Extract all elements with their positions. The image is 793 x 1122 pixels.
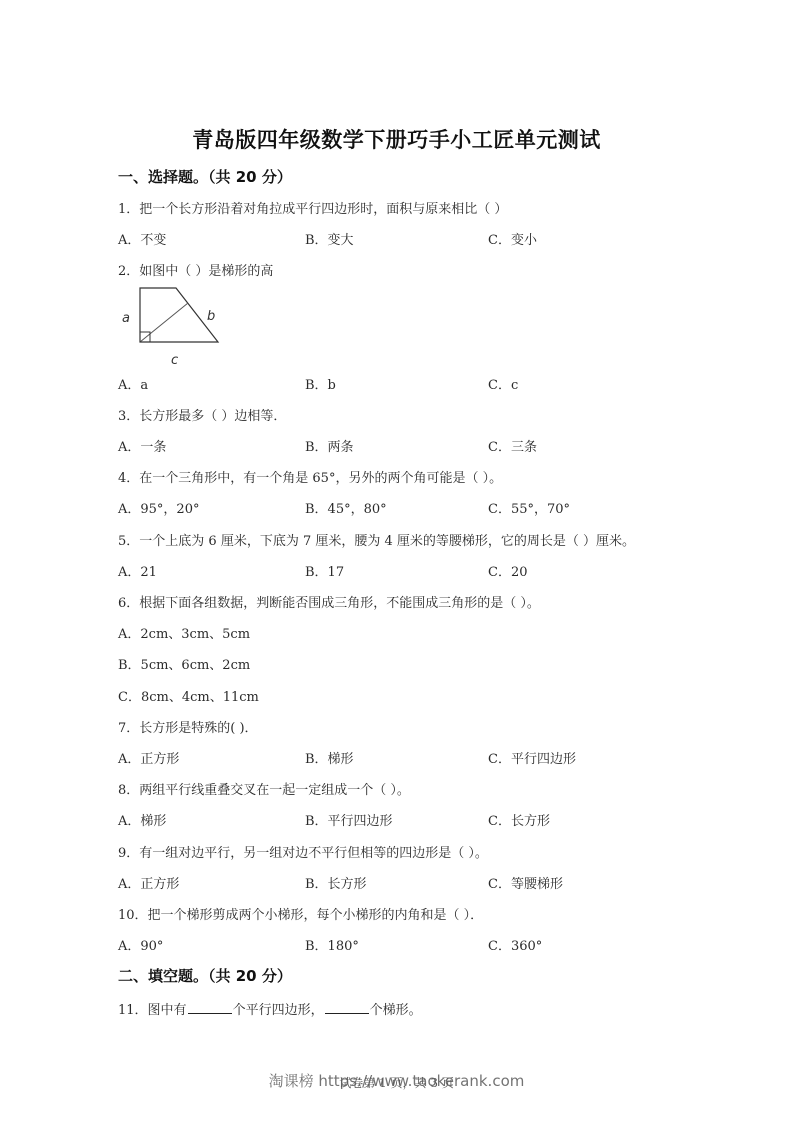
page-footer: 试卷第 1 页，共 3 页 淘课榜 https://www.taokerank.… xyxy=(0,1070,793,1094)
option-b: B．b xyxy=(305,374,336,393)
option-a: A．正方形 xyxy=(118,748,179,767)
watermark: 淘课榜 https://www.taokerank.com xyxy=(0,1070,793,1091)
option-a: A．a xyxy=(118,374,148,393)
question-text: 把一个梯形剪成两个小梯形，每个小梯形的内角和是（ ）． xyxy=(148,908,484,923)
question-text-part: 个平行四边形， xyxy=(233,1003,324,1018)
question-text: 把一个长方形沿着对角拉成平行四边形时，面积与原来相比（ ） xyxy=(139,202,507,217)
option-b: B．两条 xyxy=(305,436,354,455)
option-b: B．平行四边形 xyxy=(305,810,393,829)
option-b: B．17 xyxy=(305,561,344,580)
label-c: c xyxy=(171,353,178,368)
question-text-part: 图中有 xyxy=(148,1003,187,1018)
option-b: B．梯形 xyxy=(305,748,354,767)
option-a: A．90° xyxy=(118,935,163,954)
option-b: B．45°，80° xyxy=(305,498,387,517)
option-b: B．变大 xyxy=(305,229,354,248)
section-heading-fill-in: 二、填空题。（共 20 分） xyxy=(118,965,292,986)
option-c: C．20 xyxy=(488,561,528,580)
question-7: 7．长方形是特殊的( )． xyxy=(118,717,258,736)
question-4: 4．在一个三角形中，有一个角是 65°，另外的两个角可能是（ ）。 xyxy=(118,467,502,486)
page-title: 青岛版四年级数学下册巧手小工匠单元测试 xyxy=(0,124,793,154)
option-c: C．360° xyxy=(488,935,542,954)
question-text: 在一个三角形中，有一个角是 65°，另外的两个角可能是（ ）。 xyxy=(139,471,502,486)
question-number: 8． xyxy=(118,783,139,798)
question-text: 根据下面各组数据，判断能否围成三角形，不能围成三角形的是（ ）。 xyxy=(139,596,540,611)
option-a: A．梯形 xyxy=(118,810,166,829)
option-c: C．等腰梯形 xyxy=(488,873,563,892)
question-number: 11． xyxy=(118,1003,148,1018)
question-5: 5．一个上底为 6 厘米，下底为 7 厘米，腰为 4 厘米的等腰梯形，它的周长是… xyxy=(118,530,635,549)
question-text: 长方形是特殊的( )． xyxy=(139,721,257,736)
label-a: a xyxy=(122,311,130,326)
question-number: 1． xyxy=(118,202,139,217)
question-number: 4． xyxy=(118,471,139,486)
question-text: 长方形最多（ ）边相等． xyxy=(139,409,286,424)
question-text: 如图中（ ）是梯形的高 xyxy=(139,264,273,279)
answer-blank xyxy=(188,1001,232,1014)
option-a: A．21 xyxy=(118,561,157,580)
option-b: B．180° xyxy=(305,935,359,954)
option-c: C．变小 xyxy=(488,229,537,248)
question-text: 有一组对边平行，另一组对边不平行但相等的四边形是（ ）。 xyxy=(139,846,488,861)
option-a: A．2cm、3cm、5cm xyxy=(118,623,250,642)
question-text-part: 个梯形。 xyxy=(370,1003,422,1018)
label-b: b xyxy=(207,309,215,324)
option-b: B．5cm、6cm、2cm xyxy=(118,654,250,673)
option-c: C．8cm、4cm、11cm xyxy=(118,686,259,705)
question-text: 两组平行线重叠交叉在一起一定组成一个（ ）。 xyxy=(139,783,410,798)
answer-blank xyxy=(325,1001,369,1014)
option-c: C．长方形 xyxy=(488,810,550,829)
question-1: 1．把一个长方形沿着对角拉成平行四边形时，面积与原来相比（ ） xyxy=(118,198,507,217)
question-number: 10． xyxy=(118,908,148,923)
question-2: 2．如图中（ ）是梯形的高 xyxy=(118,260,273,279)
option-a: A．一条 xyxy=(118,436,166,455)
question-text: 一个上底为 6 厘米，下底为 7 厘米，腰为 4 厘米的等腰梯形，它的周长是（ … xyxy=(139,534,635,549)
question-number: 7． xyxy=(118,721,139,736)
option-a: A．95°，20° xyxy=(118,498,199,517)
question-number: 3． xyxy=(118,409,139,424)
option-c: C．平行四边形 xyxy=(488,748,576,767)
question-10: 10．把一个梯形剪成两个小梯形，每个小梯形的内角和是（ ）． xyxy=(118,904,483,923)
question-3: 3．长方形最多（ ）边相等． xyxy=(118,405,286,424)
trapezoid-diagram-icon: a b c xyxy=(118,282,238,372)
question-8: 8．两组平行线重叠交叉在一起一定组成一个（ ）。 xyxy=(118,779,410,798)
question-9: 9．有一组对边平行，另一组对边不平行但相等的四边形是（ ）。 xyxy=(118,842,488,861)
question-number: 5． xyxy=(118,534,139,549)
option-a: A．正方形 xyxy=(118,873,179,892)
question-number: 9． xyxy=(118,846,139,861)
option-c: C．55°，70° xyxy=(488,498,570,517)
option-c: C．c xyxy=(488,374,518,393)
option-c: C．三条 xyxy=(488,436,537,455)
question-number: 2． xyxy=(118,264,139,279)
section-heading-multiple-choice: 一、选择题。（共 20 分） xyxy=(118,166,292,187)
option-a: A．不变 xyxy=(118,229,166,248)
question-11: 11．图中有个平行四边形，个梯形。 xyxy=(118,999,422,1018)
question-6: 6．根据下面各组数据，判断能否围成三角形，不能围成三角形的是（ ）。 xyxy=(118,592,540,611)
trapezoid-figure: a b c xyxy=(118,282,238,376)
option-b: B．长方形 xyxy=(305,873,367,892)
question-number: 6． xyxy=(118,596,139,611)
